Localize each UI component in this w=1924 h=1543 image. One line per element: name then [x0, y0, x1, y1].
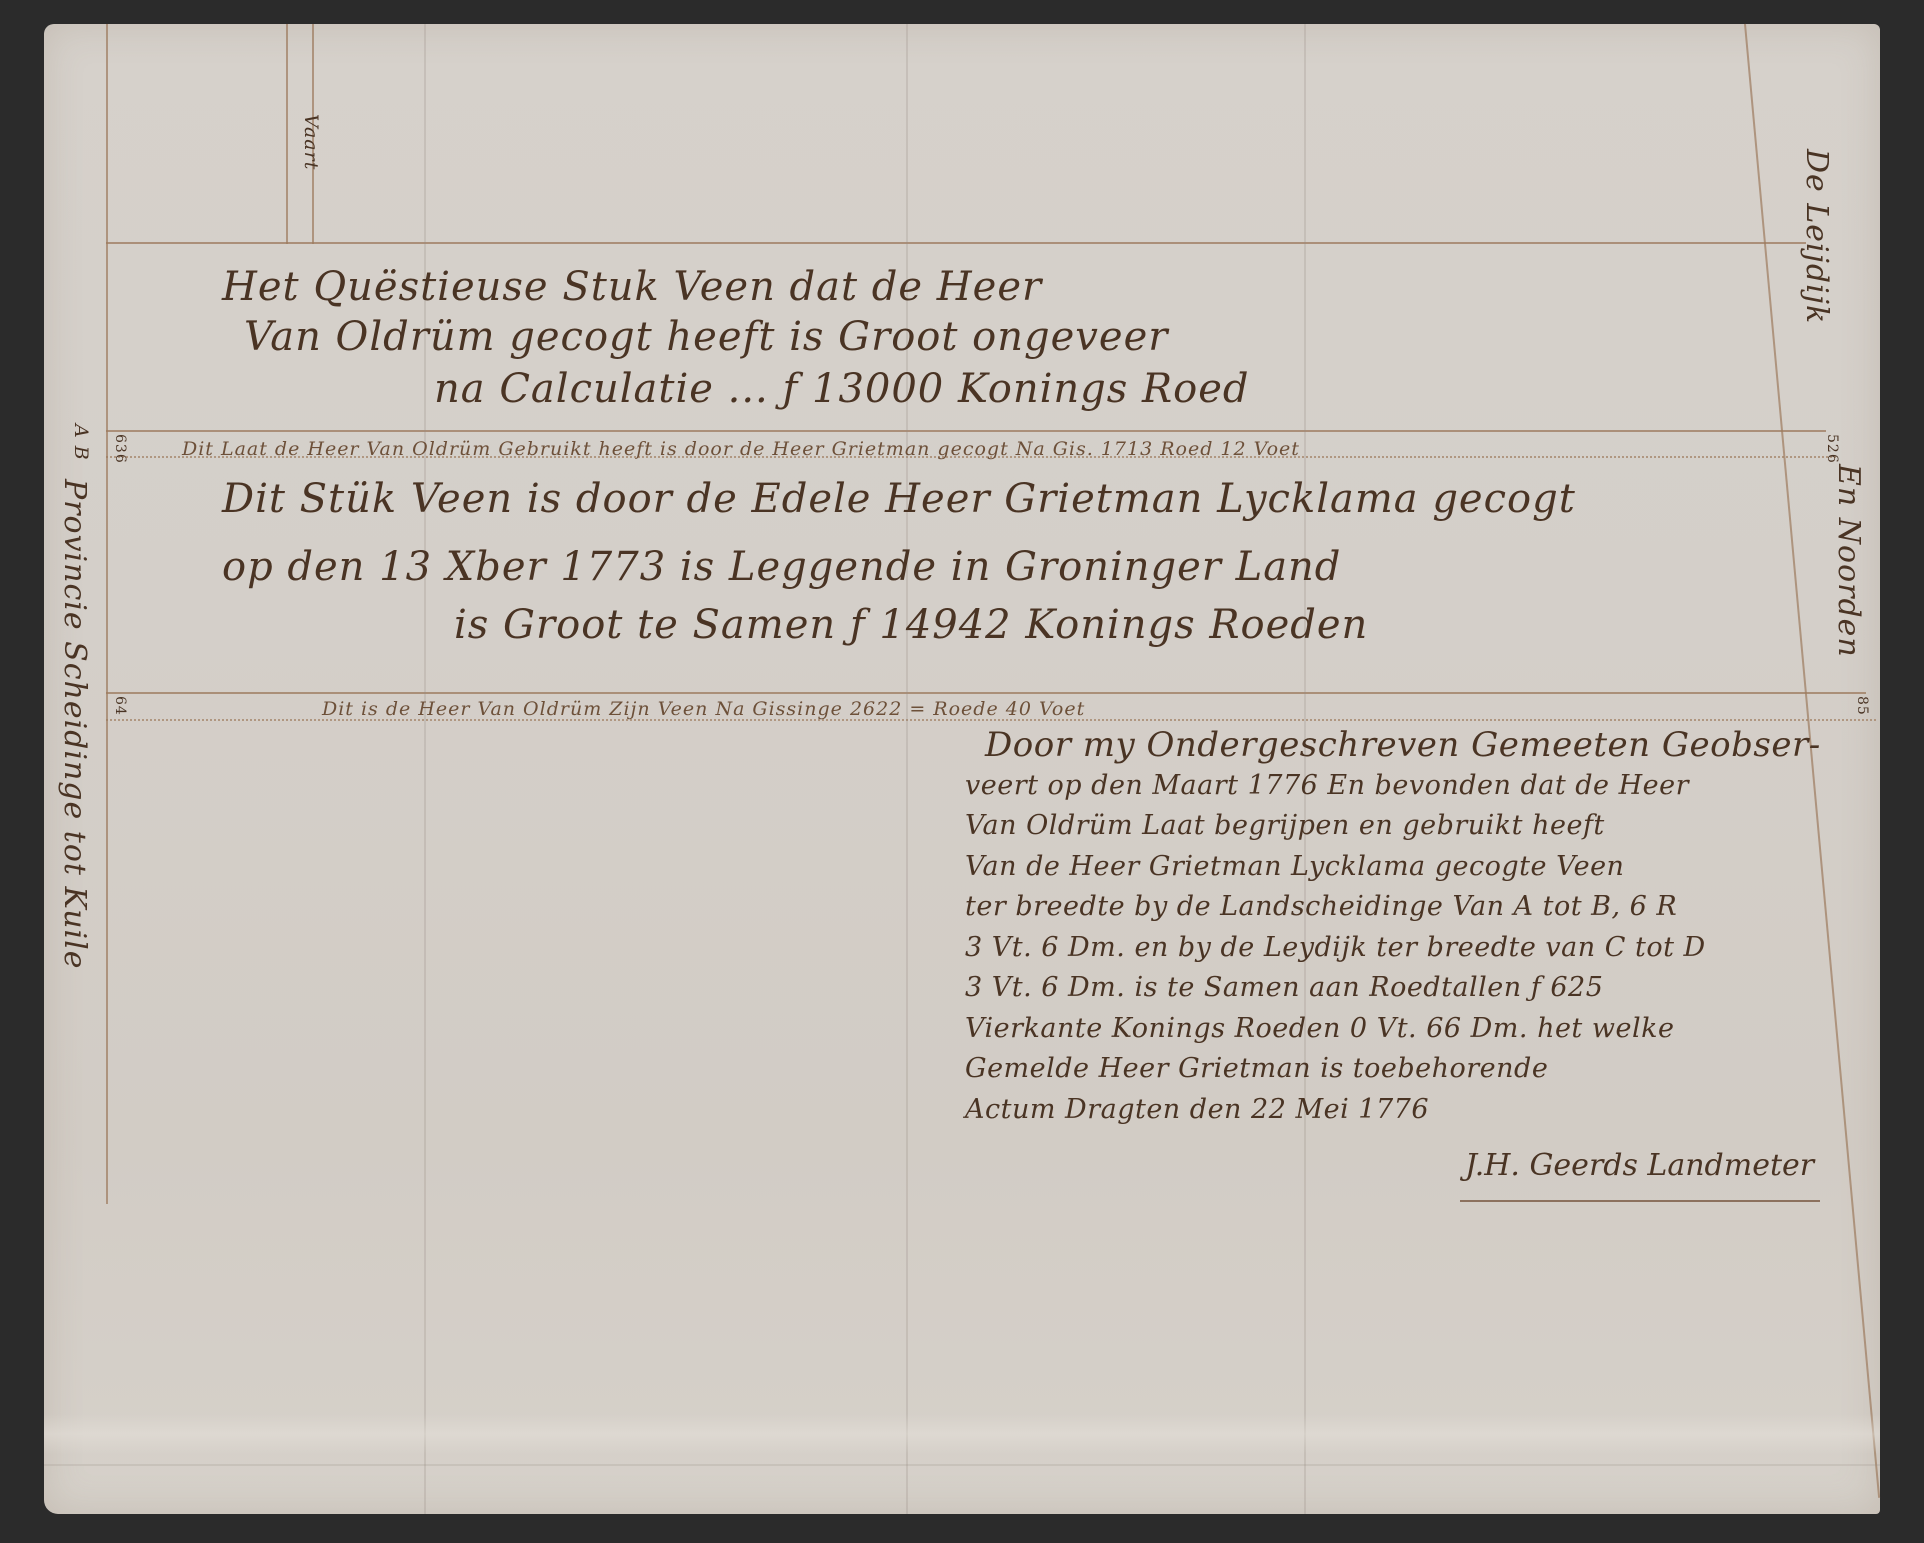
left-margin-text: Provincie Scheidinge tot Kuile — [57, 479, 92, 970]
attestation-line: ter breedte by de Landscheidinge Van A t… — [965, 887, 1825, 928]
rule-line-note2 — [106, 692, 1866, 694]
right-margin-text-top: De Leijdijk — [1799, 149, 1834, 324]
fold-line — [424, 24, 426, 1514]
attestation-line: Vierkante Konings Roeden 0 Vt. 66 Dm. he… — [965, 1009, 1825, 1050]
row-note-1-left-number: 636 — [112, 434, 128, 464]
attestation-line: Van Oldrüm Laat begrijpen en gebruikt he… — [965, 806, 1825, 847]
rule-line-vaart-left — [286, 24, 288, 244]
rule-line-top — [106, 242, 1806, 244]
section2-line1: Dit Stük Veen is door de Edele Heer Grie… — [222, 476, 1576, 522]
row-note-1-right-number: 526 — [1824, 434, 1840, 464]
section2-line2: op den 13 Xber 1773 is Leggende in Groni… — [222, 544, 1341, 590]
row-note-2: Dit is de Heer Van Oldrüm Zijn Veen Na G… — [322, 698, 1085, 720]
column-label-vaart: Vaart — [300, 114, 322, 170]
attestation-line: Door my Ondergeschreven Gemeeten Geobser… — [965, 725, 1825, 766]
attestation-date-line: Actum Dragten den 22 Mei 1776 — [965, 1090, 1825, 1131]
attestation-block: Door my Ondergeschreven Gemeeten Geobser… — [965, 725, 1825, 1130]
signature-flourish — [1460, 1200, 1820, 1202]
attestation-line: 3 Vt. 6 Dm. en by de Leydijk ter breedte… — [965, 928, 1825, 969]
surveyor-signature: J.H. Geerds Landmeter — [1465, 1148, 1814, 1183]
row-note-2-right-number: 85 — [1854, 696, 1870, 716]
left-margin-points: A B — [70, 424, 92, 461]
section2-line3: is Groot te Samen ƒ 14942 Konings Roeden — [454, 602, 1368, 648]
rule-line-left-margin — [106, 24, 108, 1204]
right-margin-text-bottom: En Noorden — [1831, 464, 1866, 658]
section1-line3: na Calculatie ... ƒ 13000 Konings Roed — [434, 366, 1250, 412]
attestation-line: Gemelde Heer Grietman is toebehorende — [965, 1049, 1825, 1090]
section1-line2: Van Oldrüm gecogt heeft is Groot ongevee… — [244, 314, 1168, 360]
rule-line-note1 — [106, 430, 1826, 432]
row-note-2-left-number: 64 — [112, 696, 128, 716]
fold-line — [906, 24, 908, 1514]
attestation-line: Van de Heer Grietman Lycklama gecogte Ve… — [965, 847, 1825, 888]
fold-line — [44, 1464, 1880, 1466]
attestation-line: veert op den Maart 1776 En bevonden dat … — [965, 766, 1825, 807]
section1-line1: Het Quëstieuse Stuk Veen dat de Heer — [222, 264, 1042, 310]
attestation-line: 3 Vt. 6 Dm. is te Samen aan Roedtallen ƒ… — [965, 968, 1825, 1009]
row-note-1: Dit Laat de Heer Van Oldrüm Gebruikt hee… — [182, 438, 1300, 460]
